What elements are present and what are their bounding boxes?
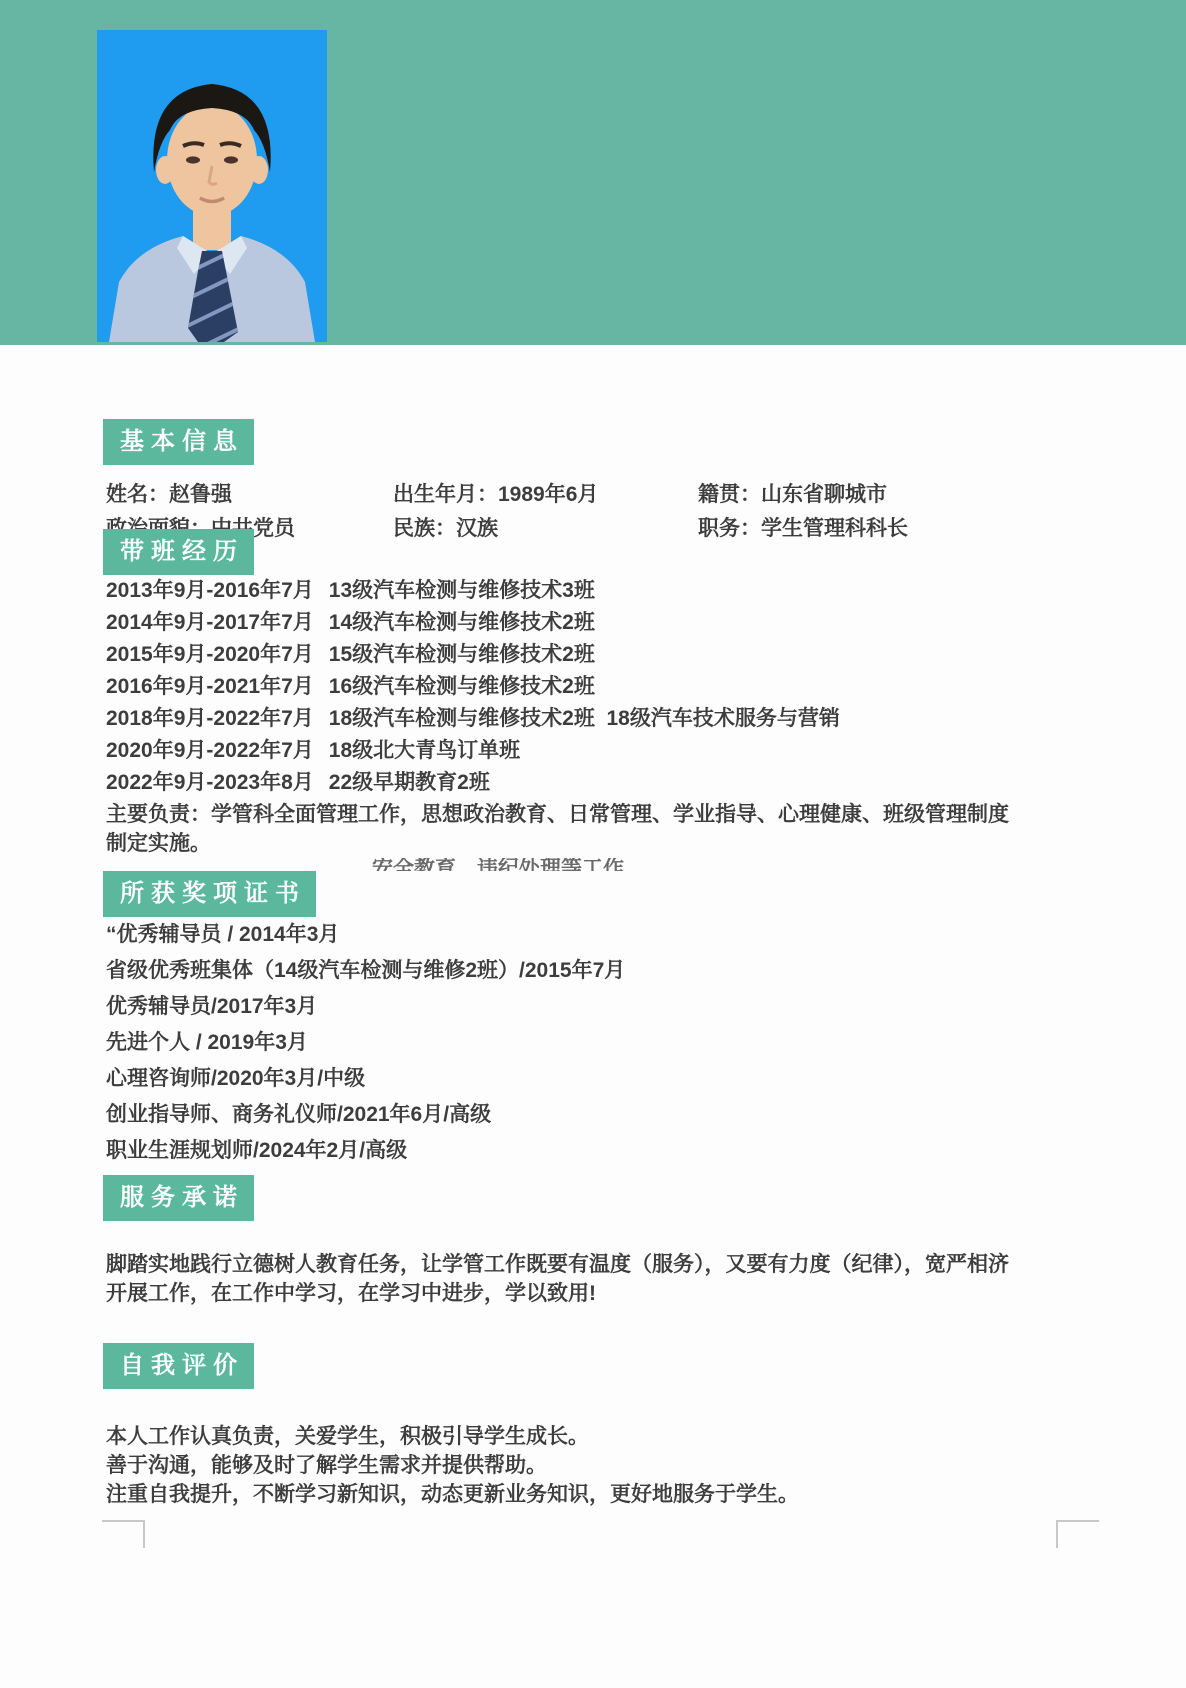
self-evaluation-line: 注重自我提升，不断学习新知识，动态更新业务知识，更好地服务于学生。 xyxy=(103,1480,1093,1509)
field-value: 1989年6月 xyxy=(498,483,598,506)
award-item: 创业指导师、商务礼仪师/2021年6月/高级 xyxy=(103,1097,1093,1133)
award-item: 职业生涯规划师/2024年2月/高级 xyxy=(103,1133,1093,1169)
id-photo-illustration xyxy=(97,30,327,342)
section-title-experience: 带班经历 xyxy=(103,529,254,575)
promise-line: 开展工作，在工作中学习，在学习中进步，学以致用! xyxy=(103,1279,1093,1308)
id-photo xyxy=(97,30,327,342)
award-item: 优秀辅导员/2017年3月 xyxy=(103,989,1093,1025)
field-value: 学生管理科科长 xyxy=(761,517,908,540)
resume-content: 基本信息 姓名：赵鲁强 出生年月：1989年6月 籍贯：山东省聊城市 政治面貌：… xyxy=(103,345,1093,1548)
duty-line: 制定实施。 xyxy=(103,829,1093,858)
info-field-ethnicity: 民族：汉族 xyxy=(390,512,695,546)
crop-marks xyxy=(103,1520,1093,1548)
promise-paragraph: 脚踏实地践行立德树人教育任务，让学管工作既要有温度（服务），又要有力度（纪律），… xyxy=(103,1250,1093,1308)
experience-period: 2014年9月-2017年7月 xyxy=(106,611,314,634)
section-self-evaluation: 自我评价 本人工作认真负责，关爱学生，积极引导学生成长。 善于沟通，能够及时了解… xyxy=(103,1308,1093,1509)
field-value: 山东省聊城市 xyxy=(761,483,887,506)
award-list: “优秀辅导员 / 2014年3月 省级优秀班集体（14级汽车检测与维修2班）/2… xyxy=(103,917,1093,1169)
award-item: 先进个人 / 2019年3月 xyxy=(103,1025,1093,1061)
experience-classes: 22级早期教育2班 xyxy=(329,771,490,794)
section-title-basic-info: 基本信息 xyxy=(103,419,254,465)
self-evaluation-line: 本人工作认真负责，关爱学生，积极引导学生成长。 xyxy=(103,1422,1093,1451)
experience-period: 2016年9月-2021年7月 xyxy=(106,675,314,698)
experience-item: 2018年9月-2022年7月18级汽车检测与维修技术2班 18级汽车技术服务与… xyxy=(103,703,1093,735)
section-title-promise: 服务承诺 xyxy=(103,1175,254,1221)
crop-mark-right-icon xyxy=(1056,1520,1099,1548)
field-label: 姓名： xyxy=(106,483,169,506)
experience-classes: 13级汽车检测与维修技术3班 xyxy=(329,579,595,602)
resume-page: 基本信息 姓名：赵鲁强 出生年月：1989年6月 籍贯：山东省聊城市 政治面貌：… xyxy=(0,0,1186,1688)
self-evaluation-line: 善于沟通，能够及时了解学生需求并提供帮助。 xyxy=(103,1451,1093,1480)
section-basic-info: 基本信息 姓名：赵鲁强 出生年月：1989年6月 籍贯：山东省聊城市 政治面貌：… xyxy=(103,345,1093,546)
self-evaluation-paragraph: 本人工作认真负责，关爱学生，积极引导学生成长。 善于沟通，能够及时了解学生需求并… xyxy=(103,1422,1093,1509)
field-label: 民族： xyxy=(393,517,456,540)
info-field-hometown: 籍贯：山东省聊城市 xyxy=(695,478,1093,512)
experience-duties: 主要负责：学管科全面管理工作，思想政治教育、日常管理、学业指导、心理健康、班级管… xyxy=(103,800,1093,858)
section-awards: 所获奖项证书 “优秀辅导员 / 2014年3月 省级优秀班集体（14级汽车检测与… xyxy=(103,871,1093,1169)
section-title-self-evaluation: 自我评价 xyxy=(103,1343,254,1389)
clipped-text-line: 安全教育，违纪处理等工作 xyxy=(103,858,1093,871)
experience-classes: 18级北大青鸟订单班 xyxy=(329,739,520,762)
info-field-position: 职务：学生管理科科长 xyxy=(695,512,1093,546)
header-band xyxy=(0,0,1186,345)
field-label: 籍贯： xyxy=(698,483,761,506)
experience-classes: 14级汽车检测与维修技术2班 xyxy=(329,611,595,634)
field-value: 赵鲁强 xyxy=(169,483,232,506)
experience-item: 2014年9月-2017年7月14级汽车检测与维修技术2班 xyxy=(103,607,1093,639)
section-promise: 服务承诺 脚踏实地践行立德树人教育任务，让学管工作既要有温度（服务），又要有力度… xyxy=(103,1169,1093,1308)
info-field-name: 姓名：赵鲁强 xyxy=(103,478,390,512)
experience-period: 2018年9月-2022年7月 xyxy=(106,707,314,730)
experience-list: 2013年9月-2016年7月13级汽车检测与维修技术3班 2014年9月-20… xyxy=(103,575,1093,799)
experience-item: 2020年9月-2022年7月18级北大青鸟订单班 xyxy=(103,735,1093,767)
photo-face xyxy=(167,104,257,216)
experience-period: 2020年9月-2022年7月 xyxy=(106,739,314,762)
field-label: 出生年月： xyxy=(393,483,498,506)
award-item: 省级优秀班集体（14级汽车检测与维修2班）/2015年7月 xyxy=(103,953,1093,989)
experience-classes: 18级汽车检测与维修技术2班 18级汽车技术服务与营销 xyxy=(329,707,840,730)
field-value: 汉族 xyxy=(456,517,498,540)
experience-classes: 16级汽车检测与维修技术2班 xyxy=(329,675,595,698)
experience-period: 2013年9月-2016年7月 xyxy=(106,579,314,602)
section-experience: 带班经历 2013年9月-2016年7月13级汽车检测与维修技术3班 2014年… xyxy=(103,546,1093,871)
experience-item: 2016年9月-2021年7月16级汽车检测与维修技术2班 xyxy=(103,671,1093,703)
duty-line: 主要负责：学管科全面管理工作，思想政治教育、日常管理、学业指导、心理健康、班级管… xyxy=(103,800,1093,829)
experience-classes: 15级汽车检测与维修技术2班 xyxy=(329,643,595,666)
info-field-birth: 出生年月：1989年6月 xyxy=(390,478,695,512)
crop-mark-left-icon xyxy=(102,1520,145,1548)
experience-item: 2022年9月-2023年8月22级早期教育2班 xyxy=(103,767,1093,799)
award-item: 心理咨询师/2020年3月/中级 xyxy=(103,1061,1093,1097)
promise-line: 脚踏实地践行立德树人教育任务，让学管工作既要有温度（服务），又要有力度（纪律），… xyxy=(103,1250,1093,1279)
experience-period: 2015年9月-2020年7月 xyxy=(106,643,314,666)
experience-period: 2022年9月-2023年8月 xyxy=(106,771,314,794)
experience-item: 2015年9月-2020年7月15级汽车检测与维修技术2班 xyxy=(103,639,1093,671)
field-label: 职务： xyxy=(698,517,761,540)
section-title-awards: 所获奖项证书 xyxy=(103,871,316,917)
award-item: “优秀辅导员 / 2014年3月 xyxy=(103,917,1093,953)
experience-item: 2013年9月-2016年7月13级汽车检测与维修技术3班 xyxy=(103,575,1093,607)
